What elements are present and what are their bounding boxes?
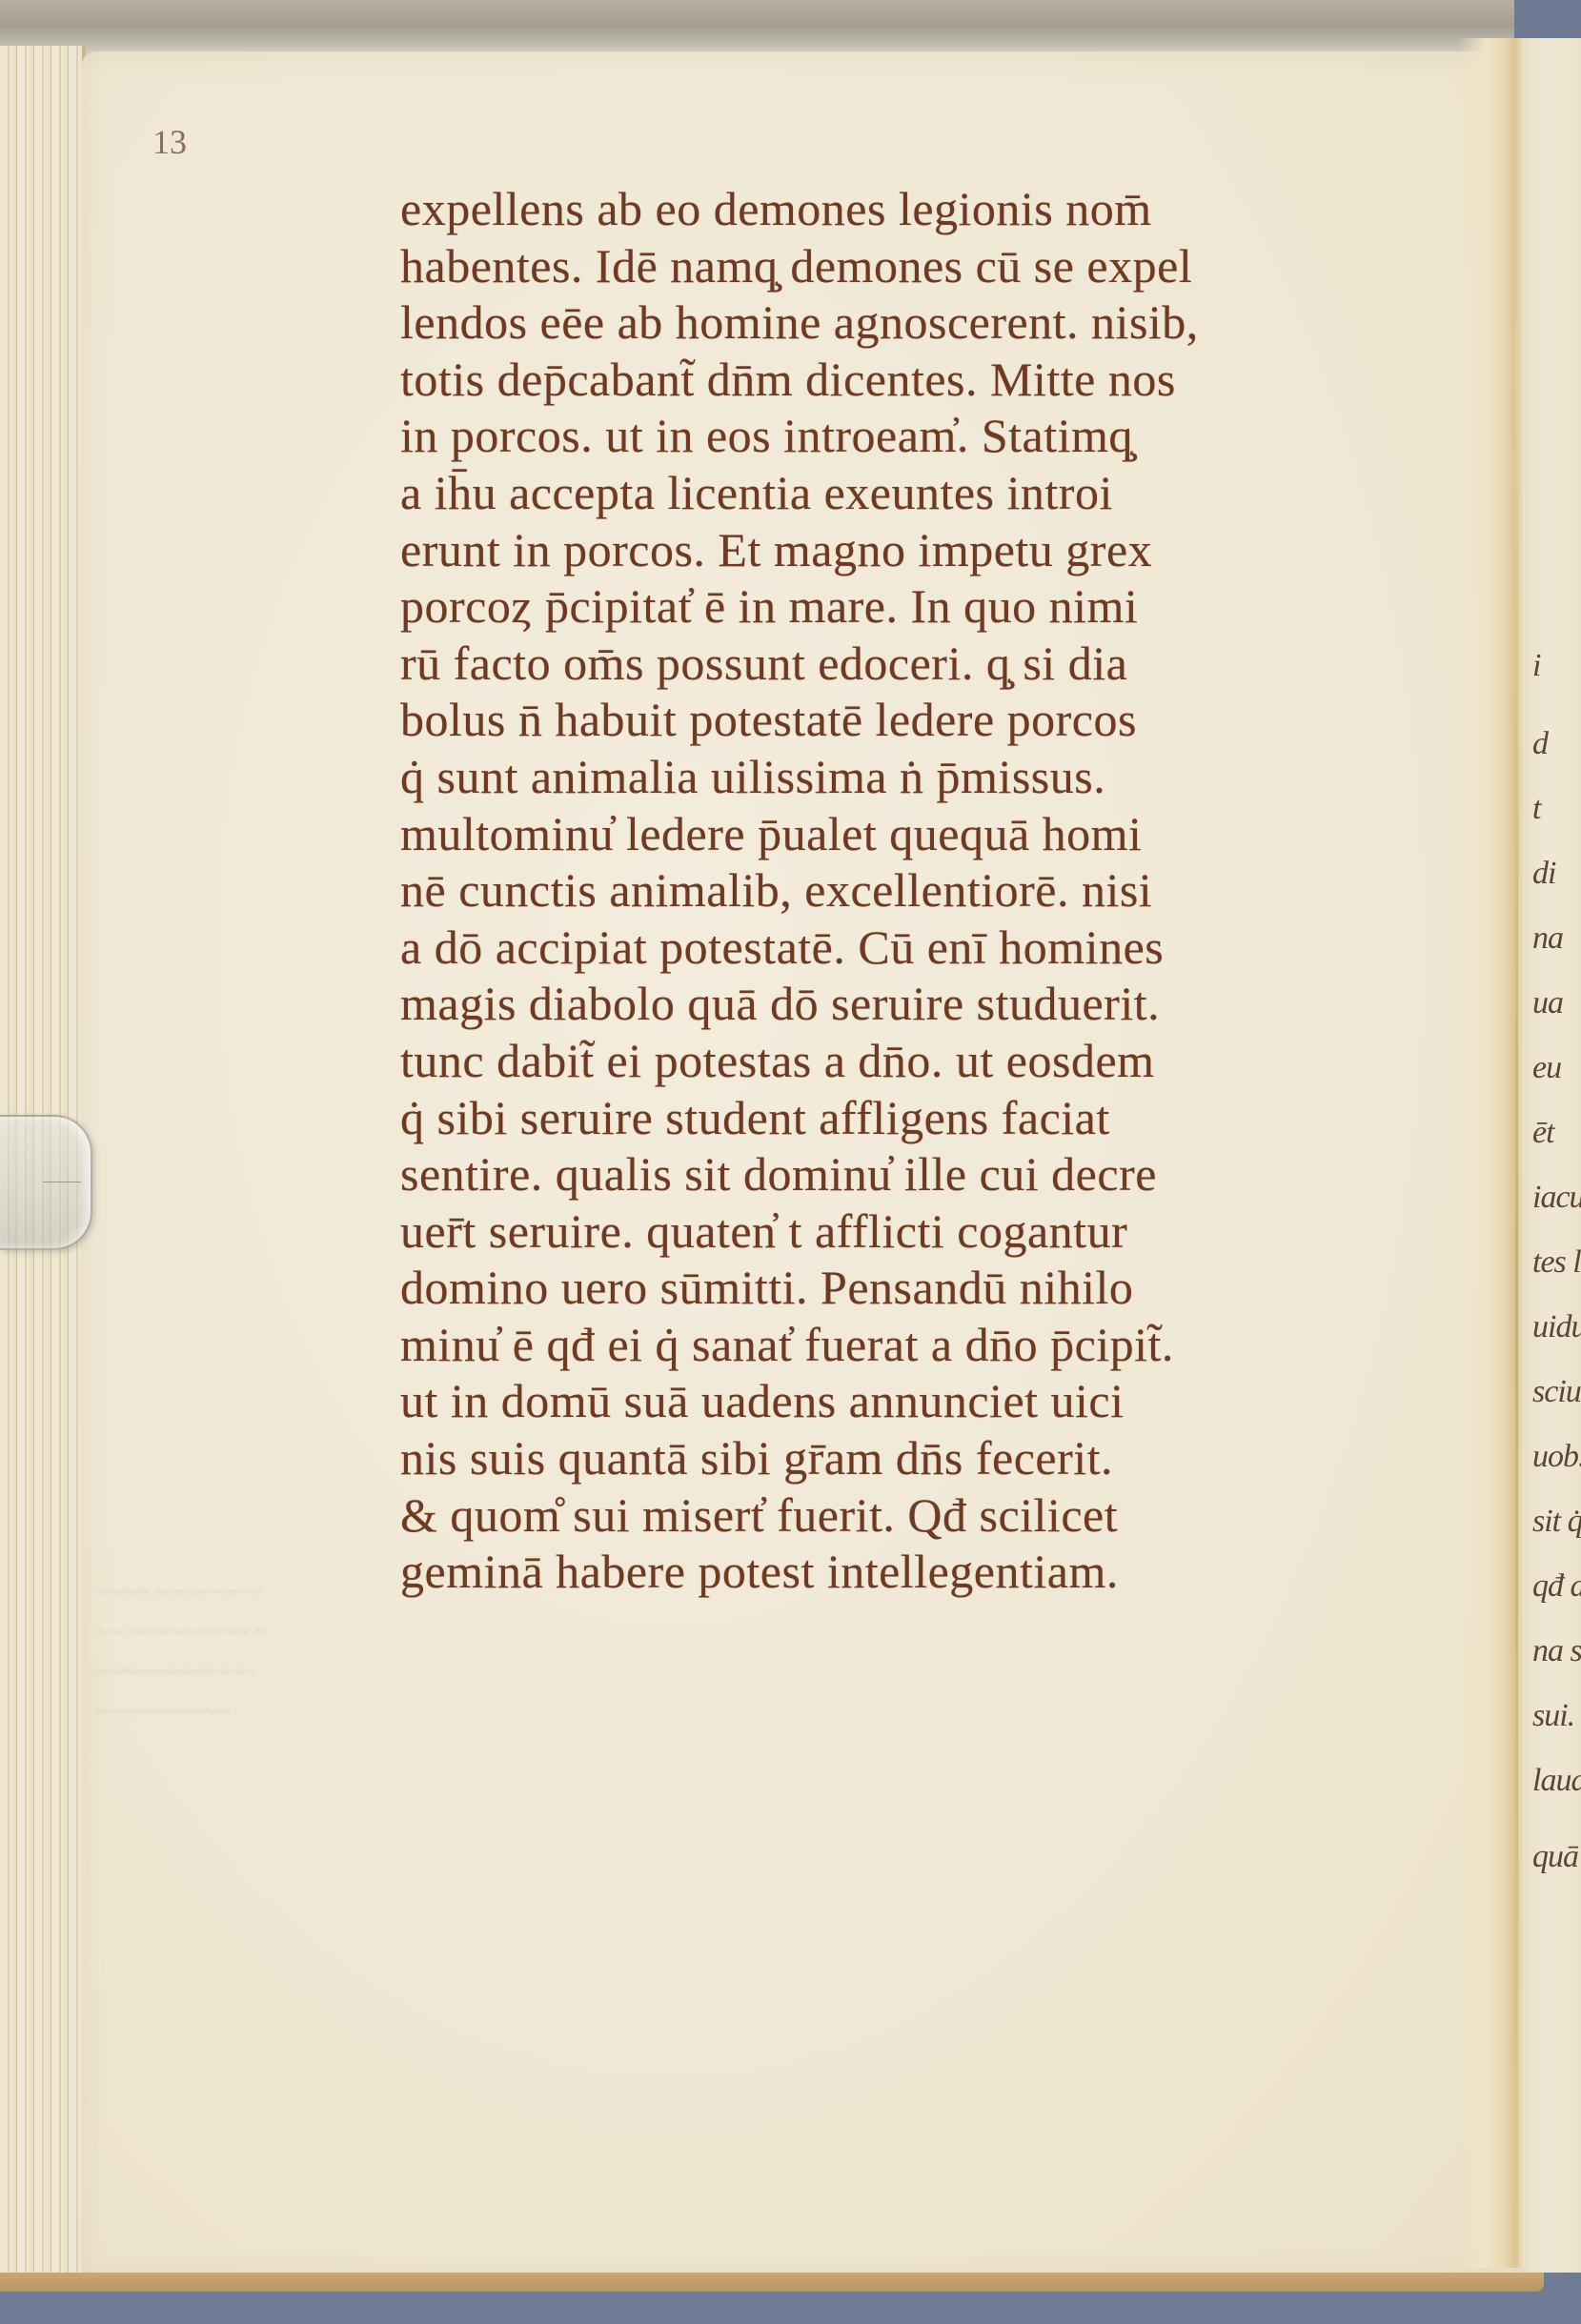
facing-text: ua — [1532, 985, 1563, 1021]
facing-text: eu — [1532, 1050, 1561, 1086]
folio-number: 13 — [152, 122, 187, 162]
text-line: nē cunctis animalib, excellentiorē. nisi — [400, 862, 1477, 919]
facing-text: sciu — [1532, 1374, 1581, 1410]
text-line: lendos eēe ab homine agnoscerent. nisib, — [400, 294, 1477, 352]
facing-page-fragment: i d t di na ua eu ēt iacu tes la uidua s… — [1525, 38, 1581, 2273]
facing-text: quā ill — [1532, 1839, 1581, 1875]
facing-text: t — [1532, 791, 1540, 827]
glass-page-weight — [0, 1115, 92, 1250]
show-through-text: ~~~~ ~~~~~~~~ ~~ ~~~~~~~~~ ~ ~~~~~~~~~~~… — [95, 1572, 372, 1732]
text-line: erunt in porcos. Et magno impetu grex — [400, 522, 1477, 579]
text-line: domino uero sūmitti. Pensandū nihilo — [400, 1260, 1477, 1317]
facing-text: uob. q — [1532, 1439, 1581, 1475]
facing-text: sui. E — [1532, 1698, 1581, 1734]
text-line: multominu̓ ledere p̄ualet quequā homi — [400, 806, 1477, 863]
facing-text: na su — [1532, 1633, 1581, 1669]
text-line: q̇ sibi seruire student affligens faciat — [400, 1090, 1477, 1147]
text-line: sentire. qualis sit dominu̓ ille cui dec… — [400, 1146, 1477, 1203]
text-line: magis diabolo quā dō seruire studuerit. — [400, 976, 1477, 1033]
text-line: minu̓ ē qđ ei q̇ sanat̓ fuerat a dn̄o p̄… — [400, 1317, 1477, 1374]
bottom-torn-edge — [0, 2273, 1581, 2324]
fold-highlight — [1515, 324, 1518, 2268]
facing-text: tes la — [1532, 1244, 1581, 1281]
text-line: a ih̄u accepta licentia exeuntes introi — [400, 465, 1477, 522]
text-line: bolus n̄ habuit potestatē ledere porcos — [400, 692, 1477, 749]
facing-text: uidua — [1532, 1309, 1581, 1345]
text-line: a dō accipiat potestatē. Cū enī homine… — [400, 919, 1477, 977]
facing-text: iacu — [1532, 1180, 1581, 1216]
text-line: nis suis quantā sibi gr̄am dn̄s fecerit… — [400, 1430, 1477, 1487]
text-line: q̇ sunt animalia uilissima ṅ p̄missus. — [400, 749, 1477, 806]
facing-text: ēt — [1532, 1115, 1554, 1151]
text-line: ut in domū suā uadens annunciet uici — [400, 1373, 1477, 1430]
text-line: tunc dabit̃ ei potestas a dn̄o. ut eosde… — [400, 1033, 1477, 1090]
gutter-fold — [1458, 38, 1525, 2268]
text-line: geminā habere potest intellegentiam. — [400, 1544, 1477, 1601]
text-line: rū facto om̄s possunt edoceri. q̧ si di… — [400, 636, 1477, 693]
facing-text: di — [1532, 856, 1555, 892]
text-line: in porcos. ut in eos introeam̓. Statimq̧ — [400, 408, 1477, 465]
facing-text: sit q̇ n — [1532, 1504, 1581, 1540]
facing-text: lauda — [1532, 1763, 1581, 1799]
text-line: habentes. Idē namq̧ demones cū se expel — [400, 238, 1477, 295]
glass-hairline — [43, 1182, 81, 1182]
facing-text: d — [1532, 726, 1548, 762]
text-line: totis dep̄cabant̃ dn̄m dicentes. Mitte n… — [400, 352, 1477, 409]
manuscript-text-block: expellens ab eo demones legionis nom̄ ha… — [400, 181, 1477, 1601]
text-line: expellens ab eo demones legionis nom̄ — [400, 181, 1477, 238]
facing-text: qđ ab — [1532, 1568, 1581, 1605]
background-corner — [1514, 0, 1581, 43]
facing-text: na — [1532, 920, 1563, 957]
text-line: porcoȥ p̄cipitat̓ ē in mare. In quo nimi — [400, 578, 1477, 636]
torn-parchment-edge — [0, 2273, 1544, 2292]
text-line: & quom̊ sui misert̓ fuerit. Qđ scilicet — [400, 1487, 1477, 1545]
text-line: uer̄t seruire. quaten̓ t afflicti cogant… — [400, 1203, 1477, 1261]
top-binding-edge — [0, 0, 1581, 57]
facing-text: i — [1532, 648, 1540, 684]
